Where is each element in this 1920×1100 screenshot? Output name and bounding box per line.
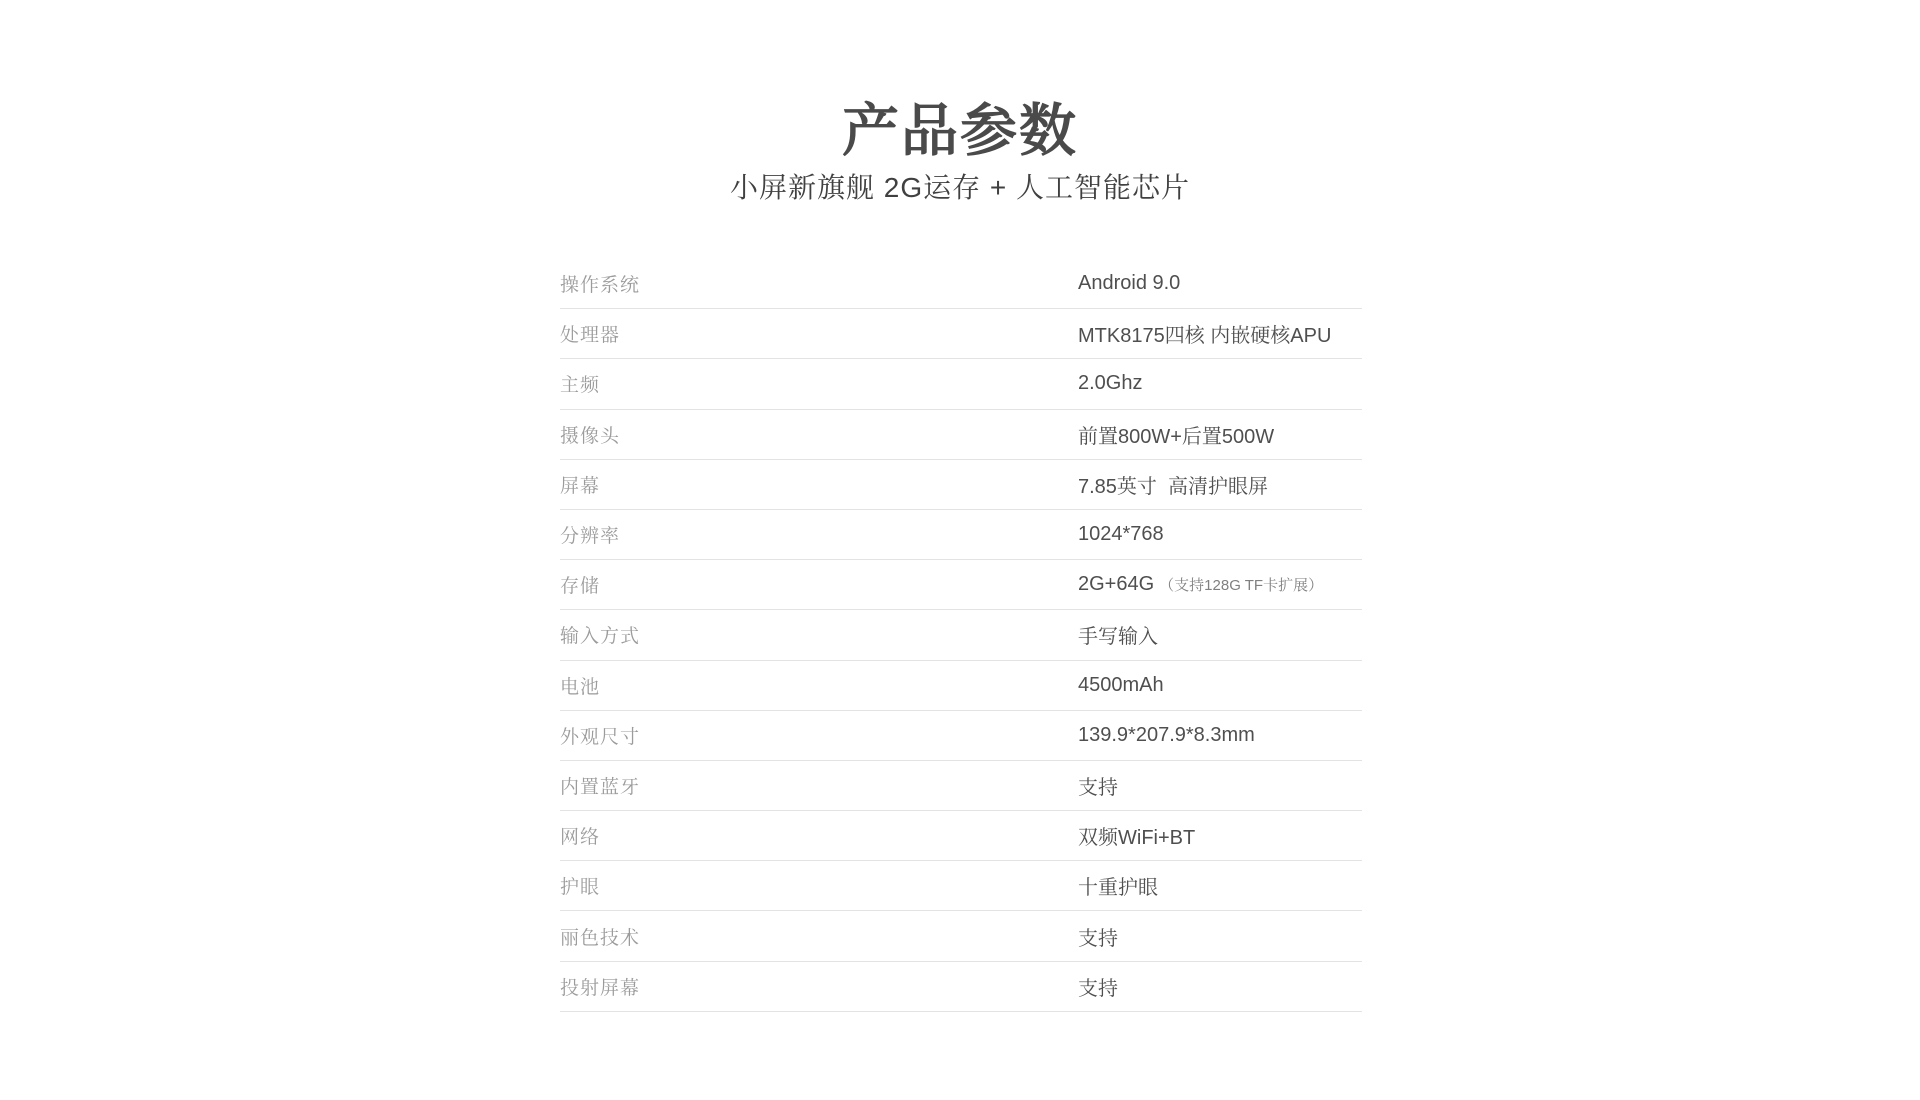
spec-label: 屏幕 xyxy=(560,471,1078,498)
page-title: 产品参数 xyxy=(0,85,1920,167)
spec-row: 处理器MTK8175四核 内嵌硬核APU xyxy=(560,309,1362,359)
spec-label: 输入方式 xyxy=(560,621,1078,648)
spec-label: 网络 xyxy=(560,822,1078,849)
spec-row: 投射屏幕支持 xyxy=(560,962,1362,1012)
spec-label: 电池 xyxy=(560,672,1078,699)
spec-label: 主频 xyxy=(560,370,1078,397)
spec-value: 139.9*207.9*8.3mm xyxy=(1078,724,1255,747)
spec-row: 丽色技术支持 xyxy=(560,911,1362,961)
spec-value: 双频WiFi+BT xyxy=(1078,821,1195,850)
spec-label: 操作系统 xyxy=(560,270,1078,297)
spec-value: Android 9.0 xyxy=(1078,272,1180,295)
spec-label: 内置蓝牙 xyxy=(560,772,1078,799)
spec-value: 手写输入 xyxy=(1078,620,1158,649)
spec-value: 支持 xyxy=(1078,972,1118,1001)
spec-value: 十重护眼 xyxy=(1078,871,1158,900)
spec-label: 摄像头 xyxy=(560,421,1078,448)
spec-row: 操作系统Android 9.0 xyxy=(560,259,1362,309)
spec-value: 2.0Ghz xyxy=(1078,372,1142,395)
page-subtitle: 小屏新旗舰 2G运存 + 人工智能芯片 xyxy=(0,166,1920,206)
spec-value: 1024*768 xyxy=(1078,523,1164,546)
spec-value: 前置800W+后置500W xyxy=(1078,420,1274,449)
spec-row: 存储2G+64G（支持128G TF卡扩展） xyxy=(560,560,1362,610)
spec-row: 主频2.0Ghz xyxy=(560,359,1362,409)
spec-value: 支持 xyxy=(1078,771,1118,800)
spec-row: 屏幕7.85英寸 高清护眼屏 xyxy=(560,460,1362,510)
spec-label: 外观尺寸 xyxy=(560,722,1078,749)
spec-label: 护眼 xyxy=(560,872,1078,899)
spec-table: 操作系统Android 9.0处理器MTK8175四核 内嵌硬核APU主频2.0… xyxy=(560,259,1362,1012)
spec-row: 网络双频WiFi+BT xyxy=(560,811,1362,861)
spec-row: 摄像头前置800W+后置500W xyxy=(560,410,1362,460)
spec-value: 支持 xyxy=(1078,922,1118,951)
spec-row: 护眼十重护眼 xyxy=(560,861,1362,911)
spec-value: 7.85英寸 高清护眼屏 xyxy=(1078,470,1268,499)
spec-label: 处理器 xyxy=(560,320,1078,347)
product-spec-page: 产品参数 小屏新旗舰 2G运存 + 人工智能芯片 操作系统Android 9.0… xyxy=(0,0,1920,1100)
spec-value: MTK8175四核 内嵌硬核APU xyxy=(1078,319,1331,348)
spec-label: 投射屏幕 xyxy=(560,973,1078,1000)
spec-label: 分辨率 xyxy=(560,521,1078,548)
spec-label: 存储 xyxy=(560,571,1078,598)
spec-label: 丽色技术 xyxy=(560,923,1078,950)
spec-row: 电池4500mAh xyxy=(560,661,1362,711)
spec-value-note: （支持128G TF卡扩展） xyxy=(1159,574,1323,595)
spec-value: 2G+64G xyxy=(1078,573,1154,596)
spec-row: 外观尺寸139.9*207.9*8.3mm xyxy=(560,711,1362,761)
spec-row: 内置蓝牙支持 xyxy=(560,761,1362,811)
spec-row: 输入方式手写输入 xyxy=(560,610,1362,660)
spec-value: 4500mAh xyxy=(1078,674,1164,697)
spec-row: 分辨率1024*768 xyxy=(560,510,1362,560)
